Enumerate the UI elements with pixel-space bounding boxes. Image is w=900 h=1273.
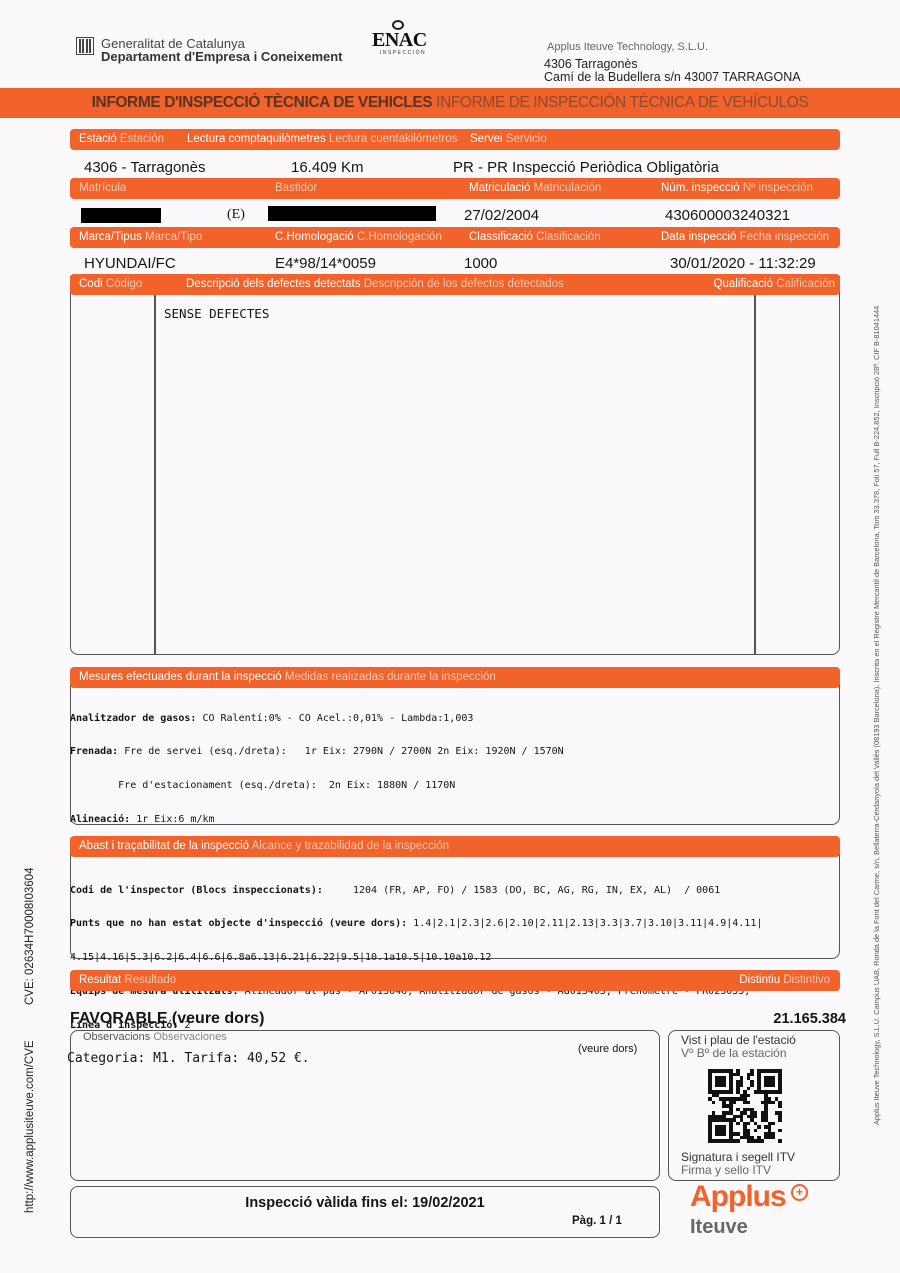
- registration-date: 27/02/2004: [464, 207, 539, 224]
- valid-until: Inspecció vàlida fins el: 19/02/2021: [70, 1195, 660, 1211]
- measure-brake-service: Frenada: Fre de servei (esq./dreta): 1r …: [70, 746, 564, 757]
- station-line: 4306 Tarragonès: [544, 57, 638, 71]
- row2-label-bar: Matrícula Bastidor Matriculació Matricul…: [70, 178, 840, 199]
- row3-label-bar: Marca/Tipus Marca/Tipo C.Homologació C.H…: [70, 227, 840, 248]
- legal-text: Applus Iteuve Technology, S.L.U. Campus …: [872, 306, 881, 1125]
- odometer-value: 16.409 Km: [291, 159, 364, 176]
- defects-text: SENSE DEFECTES: [164, 306, 269, 321]
- label-defects-es: Descripción de los defectos detectados: [364, 278, 564, 290]
- scope-label-bar: Abast i traçabilitat de la inspecció Alc…: [70, 836, 840, 857]
- label-inspection-date: Data inspecció: [661, 231, 736, 243]
- badge-number: 21.165.384: [773, 1011, 846, 1027]
- label-homologation: C.Homologació: [275, 231, 354, 243]
- cve-url: http://www.applusiteuve.com/CVE: [24, 1040, 36, 1213]
- label-make: Marca/Tipus: [79, 231, 142, 243]
- label-measures-es: Medidas realizadas durante la inspección: [285, 671, 496, 683]
- validity-box: [70, 1186, 660, 1238]
- result-verdict: FAVORABLE (veure dors): [70, 1010, 264, 1028]
- gov-line2: Departament d'Empresa i Coneixement: [101, 49, 343, 64]
- label-result: Resultat: [79, 974, 121, 986]
- stamp-line2: Vº Bº de la estación: [681, 1046, 787, 1060]
- measure-gas: Analitzador de gasos: CO Ralentí:0% - CO…: [70, 713, 564, 724]
- qr-code: [708, 1069, 782, 1143]
- label-homologation-es: C.Homologación: [357, 231, 442, 243]
- inspection-date-value: 30/01/2020 - 11:32:29: [670, 255, 816, 272]
- label-plate: Matrícula: [79, 182, 126, 194]
- label-inspection-number: Núm. inspecció: [661, 182, 740, 194]
- measures-lines: Analitzador de gasos: CO Ralentí:0% - CO…: [70, 690, 564, 837]
- enac-sub: INSPECCIÓN: [380, 50, 426, 56]
- defects-col-divider-2: [754, 290, 756, 655]
- label-service: Servei: [470, 133, 503, 145]
- measure-alignment: Alineació: 1r Eix:6 m/km: [70, 814, 564, 825]
- label-make-es: Marca/Tipo: [145, 231, 202, 243]
- title-es: INFORME DE INSPECCIÓN TÉCNICA DE VEHÍCUL…: [436, 94, 808, 111]
- defects-table: [70, 276, 840, 655]
- label-badge-es: Distintivo: [783, 974, 830, 986]
- label-defects: Descripció dels defectes detectats: [186, 278, 361, 290]
- station-address: Camí de la Budellera s/n 43007 TARRAGONA: [544, 70, 801, 84]
- scope-not-inspected-cont: 4.15|4.16|5.3|6.2|6.4|6.6|6.8a6.13|6.21|…: [70, 952, 762, 963]
- make-value: HYUNDAI/FC: [84, 255, 176, 272]
- defects-col-divider-1: [154, 290, 156, 655]
- label-registration-es: Matriculación: [534, 182, 602, 194]
- inspection-number: 430600003240321: [665, 207, 790, 224]
- generalitat-logo: [76, 37, 94, 55]
- label-vin: Bastidor: [275, 182, 317, 194]
- stamp-line4: Firma y sello ITV: [681, 1163, 771, 1177]
- label-odometer-es: Lectura cuentakilómetros: [329, 133, 457, 145]
- measure-brake-parking: Fre d'estacionament (esq./dreta): 2n Eix…: [70, 780, 564, 791]
- company-name: Applus Iteuve Technology, S.L.U.: [547, 41, 708, 53]
- label-rating: Qualificació: [714, 278, 773, 290]
- observations-text: Categoria: M1. Tarifa: 40,52 €.: [67, 1051, 310, 1066]
- scope-not-inspected: Punts que no han estat objecte d'inspecc…: [70, 918, 762, 929]
- label-rating-es: Calificación: [776, 278, 835, 290]
- observations-label: Observacions Observaciones: [83, 1031, 227, 1043]
- defects-label-bar: Codi Código Descripció dels defectes det…: [70, 274, 840, 295]
- label-code-es: Código: [106, 278, 142, 290]
- homologation-value: E4*98/14*0059: [275, 255, 376, 272]
- scope-inspector: Codi de l'inspector (Blocs inspeccionats…: [70, 885, 762, 896]
- service-value: PR - PR Inspecció Periòdica Obligatòria: [453, 159, 719, 176]
- enac-logo: ENAC: [372, 29, 427, 52]
- stamp-line1: Vist i plau de l'estació: [681, 1033, 796, 1047]
- applus-logo: Applus+: [690, 1180, 786, 1214]
- plus-icon: +: [791, 1184, 808, 1201]
- station-value: 4306 - Tarragonès: [84, 159, 205, 176]
- label-station: Estació: [79, 133, 117, 145]
- label-scope: Abast i traçabilitat de la inspecció: [79, 840, 249, 852]
- observations-note: (veure dors): [578, 1043, 637, 1055]
- label-odometer: Lectura comptaquilòmetres: [187, 133, 326, 145]
- vin-redacted: [268, 206, 436, 221]
- label-inspection-date-es: Fecha inspección: [740, 231, 830, 243]
- page-number: Pàg. 1 / 1: [572, 1215, 622, 1227]
- label-classification: Classificació: [469, 231, 533, 243]
- label-code: Codi: [79, 278, 103, 290]
- result-label-bar: Resultat Resultado Distintiu Distintivo: [70, 970, 840, 991]
- plate-country: (E): [227, 207, 245, 223]
- label-scope-es: Alcance y trazabilidad de la inspección: [252, 840, 450, 852]
- classification-value: 1000: [464, 255, 497, 272]
- label-station-es: Estación: [120, 133, 164, 145]
- label-inspection-number-es: Nº inspección: [743, 182, 813, 194]
- label-registration: Matriculació: [469, 182, 530, 194]
- applus-logo-sub: Iteuve: [690, 1216, 748, 1239]
- title-ca: INFORME D'INSPECCIÓ TÈCNICA DE VEHICLES: [92, 94, 433, 111]
- report-title: INFORME D'INSPECCIÓ TÈCNICA DE VEHICLES …: [0, 88, 900, 118]
- label-badge: Distintiu: [739, 974, 780, 986]
- row1-label-bar: Estació Estación Lectura comptaquilòmetr…: [70, 129, 840, 150]
- label-measures: Mesures efectuades durant la inspecció: [79, 671, 282, 683]
- plate-redacted: [81, 208, 161, 223]
- label-result-es: Resultado: [124, 974, 176, 986]
- label-service-es: Servicio: [506, 133, 547, 145]
- cve-code: CVE: 02634H70008I03604: [24, 868, 36, 1005]
- label-classification-es: Clasificación: [536, 231, 601, 243]
- stamp-line3: Signatura i segell ITV: [681, 1150, 795, 1164]
- measures-label-bar: Mesures efectuades durant la inspecció M…: [70, 667, 840, 688]
